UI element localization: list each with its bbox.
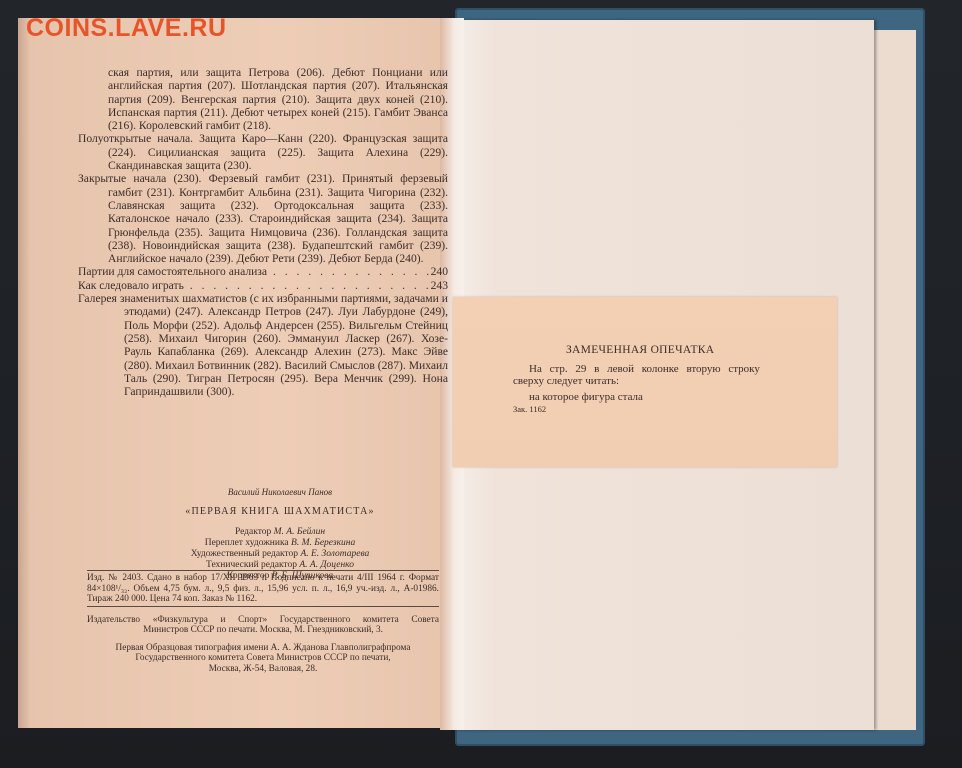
book-credits: Василий Николаевич Панов «ПЕРВАЯ КНИГА Ш… [150,487,410,582]
credit-line: Переплет художника В. М. Березкина [150,538,410,549]
errata-slip: ЗАМЕЧЕННАЯ ОПЕЧАТКА На стр. 29 в левой к… [453,297,837,467]
toc-entry-label: Как следовало играть [78,279,184,292]
errata-body: На стр. 29 в левой колонке вторую строку… [513,363,771,403]
book-title: «ПЕРВАЯ КНИГА ШАХМАТИСТА» [150,506,410,517]
author-name: Василий Николаевич Панов [150,487,410,498]
toc-entry-label: Партии для самостоятельного анализа [78,265,267,278]
toc-entry-page: 243 [429,279,448,292]
publisher-info: Издательство «Физкультура и Спорт» Госуд… [87,615,439,636]
credit-line: Художественный редактор А. Е. Золотарева [150,549,410,560]
errata-correction: на которое фигура стала [513,391,771,403]
toc-entry-page: 240 [429,265,448,278]
toc-closed-openings: Закрытые начала (230). Ферзевый гамбит (… [78,172,448,265]
table-of-contents: ская партия, или защита Петрова (206). Д… [78,66,448,398]
imprint-details: Изд. № 2403. Сдано в набор 17/XII 1963 г… [87,570,439,607]
toc-semi-open-openings: Полуоткрытые начала. Защита Каро—Канн (2… [78,132,448,172]
toc-continuation: ская партия, или защита Петрова (206). Д… [78,66,448,132]
toc-entry: Партии для самостоятельного анализа . . … [78,265,448,278]
watermark: COINS.LAVE.RU [26,14,227,43]
errata-title: ЗАМЕЧЕННАЯ ОПЕЧАТКА [566,344,714,356]
toc-gallery: Галерея знаменитых шахматистов (с их изб… [78,292,448,398]
errata-order-number: Зак. 1162 [513,404,546,414]
toc-leader-dots: . . . . . . . . . . . . . . . . . . . . … [184,279,429,292]
imprint: Изд. № 2403. Сдано в набор 17/XII 1963 г… [87,570,439,674]
credit-line: Редактор М. А. Бейлин [150,527,410,538]
toc-entry: Как следовало играть . . . . . . . . . .… [78,279,448,292]
printer-info: Первая Образцовая типография имени А. А.… [87,643,439,675]
toc-leader-dots: . . . . . . . . . . . . . . . . . . . . … [267,265,429,278]
